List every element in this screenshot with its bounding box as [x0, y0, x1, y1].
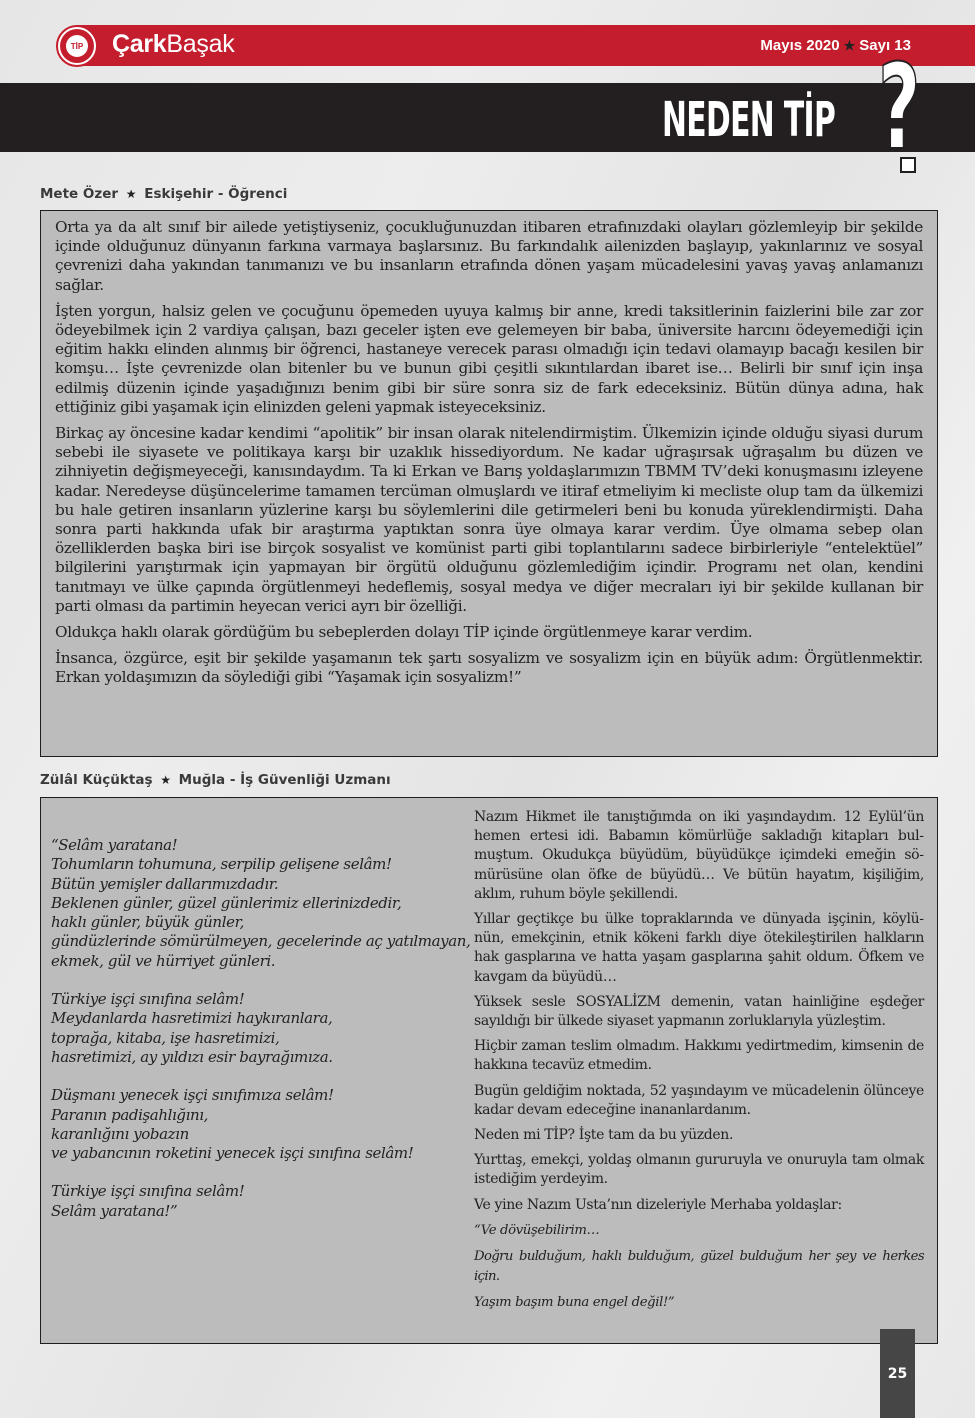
paragraph: Ve yine Nazım Usta’nın dizeleriyle Merha… — [474, 1196, 924, 1215]
paragraph: Birkaç ay öncesine kadar kendimi “apolit… — [55, 424, 923, 616]
paragraph: Neden mi TİP? İşte tam da bu yüzden. — [474, 1126, 924, 1145]
poem-line: haklı günler, büyük günler, — [51, 913, 471, 932]
logo-text: TİP — [66, 35, 88, 57]
paragraph: İnsanca, özgürce, eşit bir şekilde yaşam… — [55, 649, 923, 687]
poem-line: ve yabancının roketini yenecek işçi sını… — [51, 1144, 471, 1163]
article2-byline: Zülâl Küçüktaş ★ Muğla - İş Güvenliği Uz… — [40, 772, 391, 788]
quote-line: Doğru bulduğum, haklı bulduğum, güzel bu… — [474, 1247, 924, 1287]
brand-name: ÇarkBaşak — [112, 30, 234, 59]
poem-line: karanlığını yobazın — [51, 1125, 471, 1144]
poem-line: Bütün yemişler dallarımızdadır. — [51, 875, 471, 894]
article2-box: “Selâm yaratana! Tohumların tohumuna, se… — [40, 797, 938, 1344]
article1-byline: Mete Özer ★ Eskişehir - Öğrenci — [40, 186, 287, 202]
paragraph: Bugün geldiğim noktada, 52 yaşındayım ve… — [474, 1082, 924, 1120]
paragraph: Yurttaş, emekçi, yoldaş olmanın gururuyl… — [474, 1151, 924, 1189]
author-role: Eskişehir - Öğrenci — [144, 186, 287, 202]
paragraph: Oldukça haklı olarak gördüğüm bu sebeple… — [55, 623, 923, 642]
poem-line: “Selâm yaratana! — [51, 836, 471, 855]
poem-line: Düşmanı yenecek işçi sınıfımıza selâm! — [51, 1086, 471, 1105]
issue-month: Mayıs 2020 — [760, 37, 839, 54]
quote-line: “Ve dövüşebilirim… — [474, 1221, 924, 1241]
poem-line: Beklenen günler, güzel günlerimiz elleri… — [51, 894, 471, 913]
question-mark-icon: ? — [878, 48, 920, 166]
star-icon: ★ — [160, 773, 171, 787]
paragraph: Yıllar geçtikçe bu ülke topraklarında ve… — [474, 910, 924, 987]
poem-line: Türkiye işçi sınıfına selâm! — [51, 990, 471, 1009]
tip-logo-icon: TİP — [56, 25, 98, 67]
page-number: 25 — [880, 1329, 915, 1418]
page-title: NEDEN TİP — [662, 92, 835, 148]
checkbox-square-icon — [900, 157, 916, 173]
poem-stanza: Türkiye işçi sınıfına selâm! Selâm yarat… — [51, 1182, 471, 1221]
brand-regular: Başak — [166, 30, 234, 58]
author-name: Zülâl Küçüktaş — [40, 772, 153, 788]
poem-line: Meydanlarda hasretimizi haykıranlara, — [51, 1009, 471, 1028]
paragraph: Hiçbir zaman teslim olmadım. Hakkımı yed… — [474, 1037, 924, 1075]
poem-line: toprağa, kitaba, işe hasretimizi, — [51, 1029, 471, 1048]
paragraph: Nazım Hikmet ile tanıştığımda on iki yaş… — [474, 808, 924, 904]
article2-prose: Nazım Hikmet ile tanıştığımda on iki yaş… — [474, 808, 924, 1319]
poem-line: Selâm yaratana!” — [51, 1202, 471, 1221]
author-role: Muğla - İş Güvenliği Uzmanı — [179, 772, 391, 788]
poem-line: Paranın padişahlığını, — [51, 1106, 471, 1125]
poem-line: Tohumların tohumuna, serpilip gelişene s… — [51, 855, 471, 874]
author-name: Mete Özer — [40, 186, 118, 202]
poem-stanza: Düşmanı yenecek işçi sınıfımıza selâm! P… — [51, 1086, 471, 1163]
star-icon: ★ — [844, 38, 856, 53]
poem-stanza: Türkiye işçi sınıfına selâm! Meydanlarda… — [51, 990, 471, 1067]
quote-line: Yaşım başım buna engel değil!” — [474, 1293, 924, 1313]
poem-line: gündüzlerinde sömürülmeyen, gecelerinde … — [51, 932, 471, 951]
article1-box: Orta ya da alt sınıf bir ailede yetiştiy… — [40, 210, 938, 757]
paragraph: Yüksek sesle SOSYALİZM demenin, vatan ha… — [474, 993, 924, 1031]
brand-bold: Çark — [112, 30, 166, 58]
poem-line: ekmek, gül ve hürriyet günleri. — [51, 952, 471, 971]
poem-line: hasretimizi, ay yıldızı esir bayrağımıza… — [51, 1048, 471, 1067]
paragraph: Orta ya da alt sınıf bir ailede yetiştiy… — [55, 218, 923, 295]
star-icon: ★ — [126, 187, 137, 201]
poem-stanza: “Selâm yaratana! Tohumların tohumuna, se… — [51, 836, 471, 971]
poem-line: Türkiye işçi sınıfına selâm! — [51, 1182, 471, 1201]
poem: “Selâm yaratana! Tohumların tohumuna, se… — [51, 836, 471, 1240]
paragraph: İşten yorgun, halsiz gelen ve çocuğunu ö… — [55, 302, 923, 417]
